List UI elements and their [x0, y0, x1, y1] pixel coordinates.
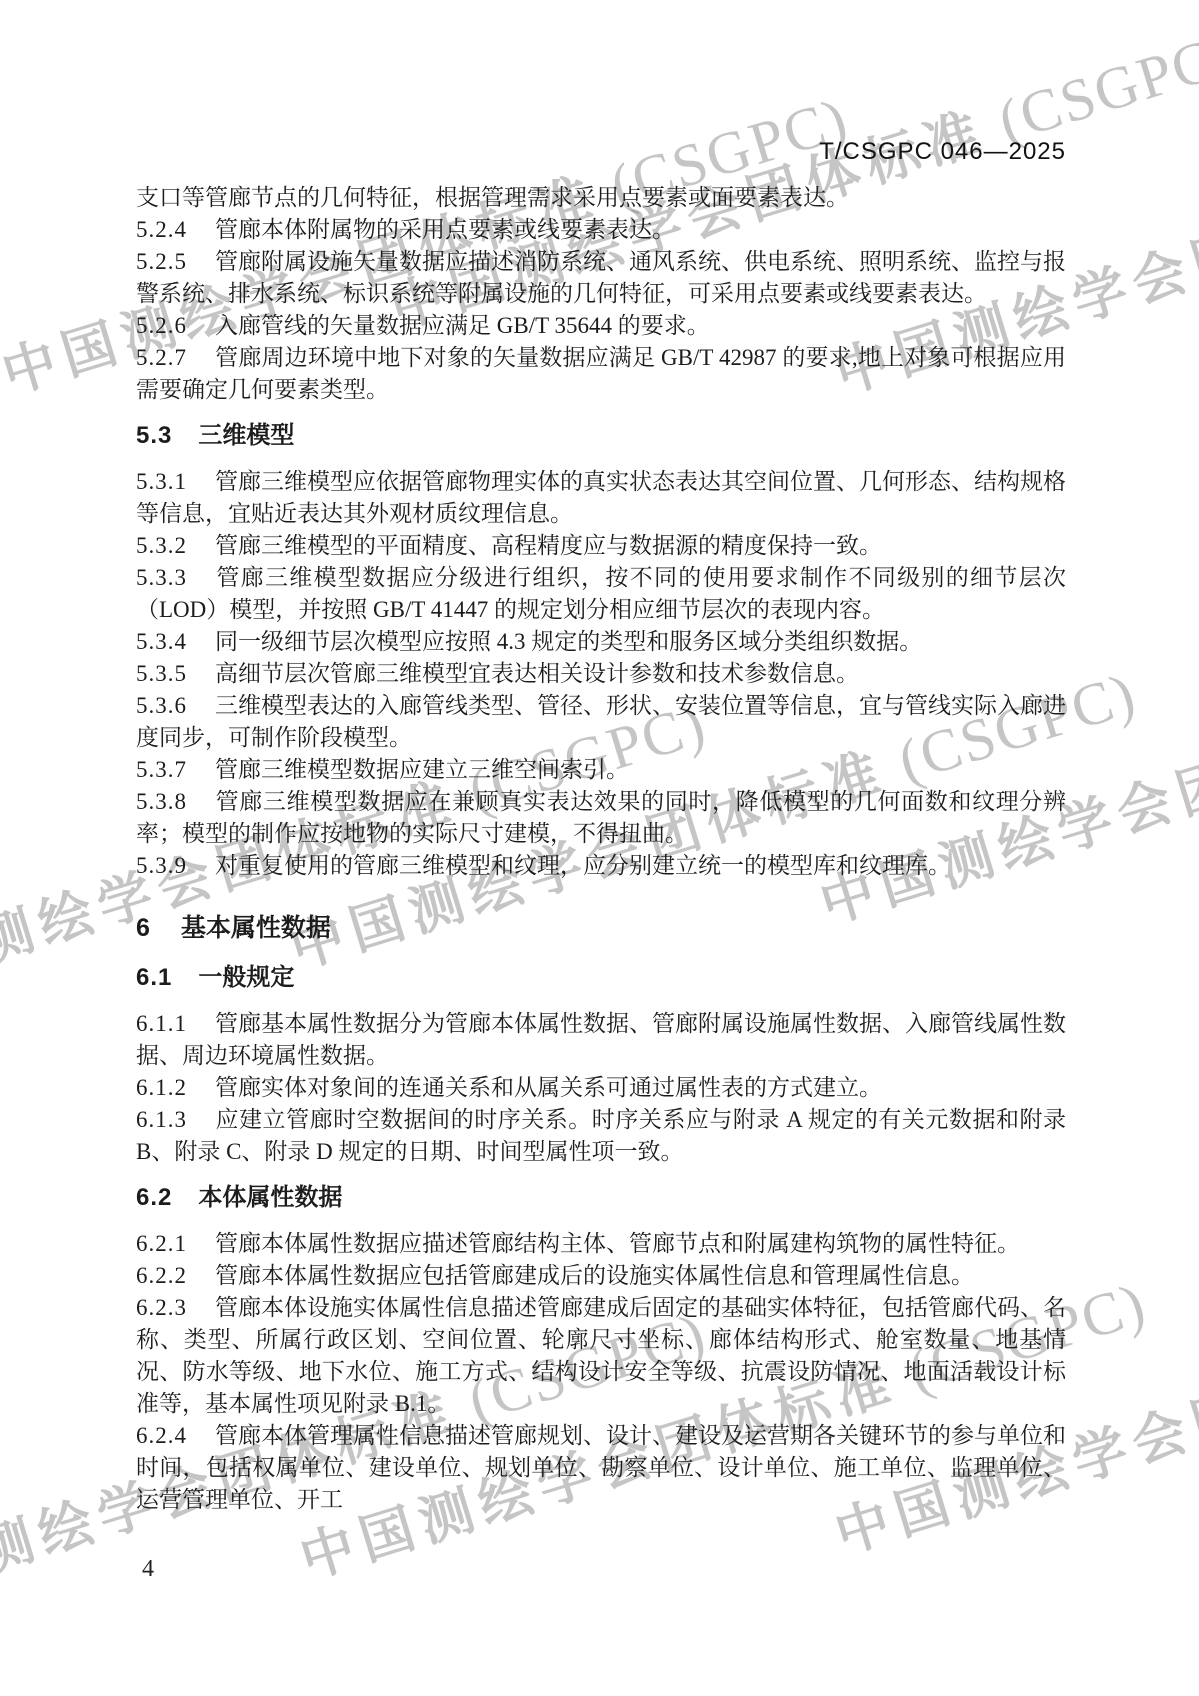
- clause-6.2.4: 6.2.4管廊本体管理属性信息描述管廊规划、设计、建设及运营期各关键环节的参与单…: [136, 1420, 1066, 1516]
- section-heading-6: 6基本属性数据: [136, 912, 1066, 944]
- clause-number: 6.1.1: [136, 1008, 187, 1040]
- clause-text: 管廊三维模型数据应在兼顾真实表达效果的同时，降低模型的几何面数和纹理分辨率；模型…: [136, 789, 1066, 846]
- clause-text: 同一级细节层次模型应按照 4.3 规定的类型和服务区域分类组织数据。: [215, 629, 922, 654]
- clause-number: 6.2.4: [136, 1420, 187, 1452]
- clause-number: 5.3.5: [136, 658, 187, 690]
- clause-number: 5.2.4: [136, 214, 187, 246]
- clause-number: 5.3.1: [136, 466, 187, 498]
- clause-number: 5.2.5: [136, 246, 187, 278]
- document-code-header: T/CSGPC 046—2025: [0, 138, 1066, 166]
- clause-5.3.2: 5.3.2管廊三维模型的平面精度、高程精度应与数据源的精度保持一致。: [136, 530, 1066, 562]
- continuation-paragraph: 支口等管廊节点的几何特征，根据管理需求采用点要素或面要素表达。: [136, 182, 1066, 214]
- clause-5.2.4: 5.2.4管廊本体附属物的采用点要素或线要素表达。: [136, 214, 1066, 246]
- section-heading-6.2: 6.2本体属性数据: [136, 1182, 1066, 1214]
- clause-text: 管廊本体管理属性信息描述管廊规划、设计、建设及运营期各关键环节的参与单位和时间，…: [136, 1423, 1066, 1512]
- clause-text: 管廊三维模型的平面精度、高程精度应与数据源的精度保持一致。: [215, 533, 882, 558]
- clause-number: 6.1: [136, 962, 172, 994]
- heading-title: 一般规定: [198, 964, 294, 991]
- clause-number: 6.2.1: [136, 1228, 187, 1260]
- clause-text: 管廊基本属性数据分为管廊本体属性数据、管廊附属设施属性数据、入廊管线属性数据、周…: [136, 1011, 1066, 1068]
- clause-number: 6.2: [136, 1182, 172, 1214]
- clause-number: 5.3.6: [136, 690, 187, 722]
- heading-title: 基本属性数据: [181, 914, 331, 942]
- clause-number: 5.3.8: [136, 786, 187, 818]
- clause-5.3.1: 5.3.1管廊三维模型应依据管廊物理实体的真实状态表达其空间位置、几何形态、结构…: [136, 466, 1066, 530]
- clause-number: 5.2.6: [136, 310, 187, 342]
- clause-number: 6.2.3: [136, 1292, 187, 1324]
- clause-number: 5.3.3: [136, 562, 187, 594]
- document-body: 支口等管廊节点的几何特征，根据管理需求采用点要素或面要素表达。5.2.4管廊本体…: [136, 182, 1066, 1516]
- section-heading-6.1: 6.1一般规定: [136, 962, 1066, 994]
- clause-text: 管廊三维模型数据应分级进行组织，按不同的使用要求制作不同级别的细节层次（LOD）…: [136, 565, 1066, 622]
- clause-number: 6.2.2: [136, 1260, 187, 1292]
- clause-number: 5.3: [136, 420, 172, 452]
- clause-number: 5.3.7: [136, 754, 187, 786]
- clause-text: 管廊周边环境中地下对象的矢量数据应满足 GB/T 42987 的要求,地上对象可…: [136, 345, 1066, 402]
- heading-title: 三维模型: [198, 422, 294, 449]
- clause-text: 管廊附属设施矢量数据应描述消防系统、通风系统、供电系统、照明系统、监控与报警系统…: [136, 249, 1066, 306]
- clause-text: 管廊本体设施实体属性信息描述管廊建成后固定的基础实体特征，包括管廊代码、名称、类…: [136, 1295, 1066, 1416]
- clause-text: 管廊三维模型应依据管廊物理实体的真实状态表达其空间位置、几何形态、结构规格等信息…: [136, 469, 1066, 526]
- clause-6.1.1: 6.1.1管廊基本属性数据分为管廊本体属性数据、管廊附属设施属性数据、入廊管线属…: [136, 1008, 1066, 1072]
- clause-number: 6.1.2: [136, 1072, 187, 1104]
- clause-text: 管廊实体对象间的连通关系和从属关系可通过属性表的方式建立。: [215, 1075, 882, 1100]
- clause-6.1.3: 6.1.3应建立管廊时空数据间的时序关系。时序关系应与附录 A 规定的有关元数据…: [136, 1104, 1066, 1168]
- clause-number: 5.3.2: [136, 530, 187, 562]
- clause-6.2.1: 6.2.1管廊本体属性数据应描述管廊结构主体、管廊节点和附属建构筑物的属性特征。: [136, 1228, 1066, 1260]
- clause-text: 支口等管廊节点的几何特征，根据管理需求采用点要素或面要素表达。: [136, 185, 849, 210]
- heading-title: 本体属性数据: [198, 1184, 342, 1211]
- clause-5.3.4: 5.3.4同一级细节层次模型应按照 4.3 规定的类型和服务区域分类组织数据。: [136, 626, 1066, 658]
- clause-5.2.7: 5.2.7管廊周边环境中地下对象的矢量数据应满足 GB/T 42987 的要求,…: [136, 342, 1066, 406]
- clause-5.3.5: 5.3.5高细节层次管廊三维模型宜表达相关设计参数和技术参数信息。: [136, 658, 1066, 690]
- clause-6.2.2: 6.2.2管廊本体属性数据应包括管廊建成后的设施实体属性信息和管理属性信息。: [136, 1260, 1066, 1292]
- clause-text: 入廊管线的矢量数据应满足 GB/T 35644 的要求。: [215, 313, 710, 338]
- clause-5.3.3: 5.3.3管廊三维模型数据应分级进行组织，按不同的使用要求制作不同级别的细节层次…: [136, 562, 1066, 626]
- clause-5.2.5: 5.2.5管廊附属设施矢量数据应描述消防系统、通风系统、供电系统、照明系统、监控…: [136, 246, 1066, 310]
- clause-number: 6.1.3: [136, 1104, 187, 1136]
- clause-number: 5.3.9: [136, 850, 187, 882]
- standard-document-page: 中国测绘学会团体标准 (CSGPC)中国测绘学会团体标准 (CSGPC)中国测绘…: [0, 0, 1199, 1696]
- clause-text: 应建立管廊时空数据间的时序关系。时序关系应与附录 A 规定的有关元数据和附录 B…: [136, 1107, 1066, 1164]
- clause-text: 管廊本体附属物的采用点要素或线要素表达。: [215, 217, 675, 242]
- clause-6.1.2: 6.1.2管廊实体对象间的连通关系和从属关系可通过属性表的方式建立。: [136, 1072, 1066, 1104]
- clause-text: 管廊三维模型数据应建立三维空间索引。: [215, 757, 629, 782]
- clause-number: 6: [136, 912, 151, 944]
- clause-number: 5.2.7: [136, 342, 187, 374]
- clause-number: 5.3.4: [136, 626, 187, 658]
- clause-text: 管廊本体属性数据应包括管廊建成后的设施实体属性信息和管理属性信息。: [215, 1263, 974, 1288]
- clause-text: 对重复使用的管廊三维模型和纹理，应分别建立统一的模型库和纹理库。: [215, 853, 951, 878]
- clause-5.3.8: 5.3.8管廊三维模型数据应在兼顾真实表达效果的同时，降低模型的几何面数和纹理分…: [136, 786, 1066, 850]
- clause-text: 管廊本体属性数据应描述管廊结构主体、管廊节点和附属建构筑物的属性特征。: [215, 1231, 1020, 1256]
- clause-6.2.3: 6.2.3管廊本体设施实体属性信息描述管廊建成后固定的基础实体特征，包括管廊代码…: [136, 1292, 1066, 1420]
- page-number: 4: [142, 1556, 154, 1583]
- clause-5.3.7: 5.3.7管廊三维模型数据应建立三维空间索引。: [136, 754, 1066, 786]
- section-heading-5.3: 5.3三维模型: [136, 420, 1066, 452]
- clause-text: 三维模型表达的入廊管线类型、管径、形状、安装位置等信息，宜与管线实际入廊进度同步…: [136, 693, 1066, 750]
- clause-5.2.6: 5.2.6入廊管线的矢量数据应满足 GB/T 35644 的要求。: [136, 310, 1066, 342]
- clause-5.3.6: 5.3.6三维模型表达的入廊管线类型、管径、形状、安装位置等信息，宜与管线实际入…: [136, 690, 1066, 754]
- clause-5.3.9: 5.3.9对重复使用的管廊三维模型和纹理，应分别建立统一的模型库和纹理库。: [136, 850, 1066, 882]
- clause-text: 高细节层次管廊三维模型宜表达相关设计参数和技术参数信息。: [215, 661, 859, 686]
